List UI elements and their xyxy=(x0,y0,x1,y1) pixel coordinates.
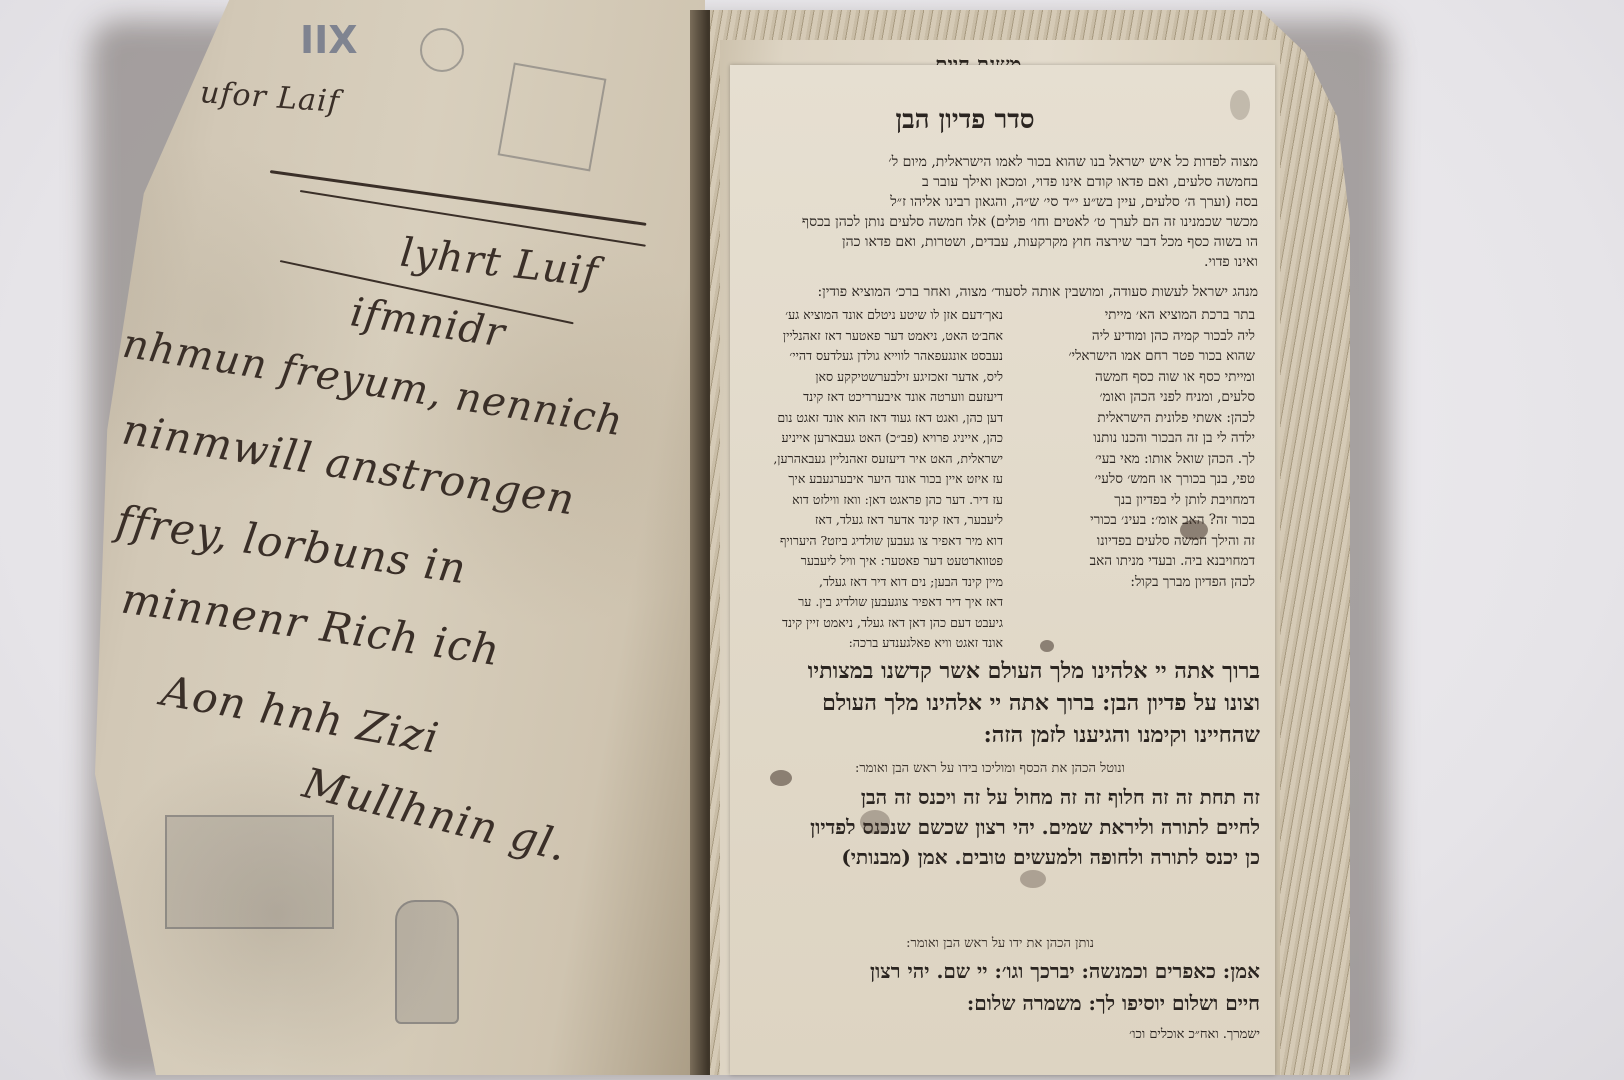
text-line: ישראלית, האט איר דיעזעס זאהנליין געבאהרע… xyxy=(728,449,1003,470)
text-line: בתר ברכת המוציא הא׳ מייתי xyxy=(1010,305,1255,326)
text-line: חיים ושלום יוסיפו לך: משמרה שלום: xyxy=(725,987,1260,1019)
custom-line: מנהג ישראל לעשות סעודה, ומושבין אותה לסע… xyxy=(728,282,1258,302)
text-line: זה תחת זה זה חלוף זה זה מחול על זה ויכנס… xyxy=(725,782,1260,812)
text-line: ילדה לי בן זה הבכור והכנו נותנו xyxy=(1010,428,1255,449)
text-line: ומייתי כסף או שוה כסף חמשה xyxy=(1010,367,1255,388)
pencil-sketch-circle xyxy=(420,28,464,72)
text-line: בכור זה? האב אומ׳: בעינ׳ בכורי xyxy=(1010,510,1255,531)
text-line: לכהן: אשתי פלונית הישראלית xyxy=(1010,408,1255,429)
text-line: גיעבט דעם כהן דאן דאז געלד, ניאמט זיין ק… xyxy=(728,613,1003,634)
ink-stain xyxy=(1020,870,1046,888)
text-line: סלעים, ומניח לפני הכהן ואומ׳ xyxy=(1010,387,1255,408)
blessing-exchange: זה תחת זה זה חלוף זה זה מחול על זה ויכנס… xyxy=(725,782,1260,872)
text-line: ישמרך. ואח״כ אוכלים וכו׳ xyxy=(725,1019,1260,1051)
text-line: שהוא בכור פטר רחם אמו הישראלי׳ xyxy=(1010,346,1255,367)
text-line: זה והילך חמשה סלעים בפדיונו xyxy=(1010,531,1255,552)
text-line: נאך׳דעם אזן לו שיטע ניטלם אונד המוציא גע… xyxy=(728,305,1003,326)
text-line: דיעזעם ווערטה אונד איבערריכט דאז קינד xyxy=(728,387,1003,408)
text-line: פטווארטעט דער פאטער: איך וויל ליעבער xyxy=(728,551,1003,572)
text-line: עז דיר. דער כהן פראגט דאן: וואז ווילזט ד… xyxy=(728,490,1003,511)
text-line: אונד זאגט וויא פאלגענדע ברכה: xyxy=(728,633,1003,654)
column-hebrew: בתר ברכת המוציא הא׳ מייתי ליה לבכור קמיה… xyxy=(1010,305,1255,592)
text-line: דמחויבנא ביה. ובעדי מניתו האב xyxy=(1010,551,1255,572)
blessing-pidyon: ברוך אתה יי אלהינו מלך העולם אשר קדשנו ב… xyxy=(725,655,1260,751)
text-line: דוא מיר דאפיר צו געבען שולדיג ביזט? היער… xyxy=(728,531,1003,552)
column-yiddish: נאך׳דעם אזן לו שיטע ניטלם אונד המוציא גע… xyxy=(728,305,1003,654)
text-line: ליה לבכור קמיה כהן ומודיע ליה xyxy=(1010,326,1255,347)
text-line: טפי, בנך בכורך או חמש׳ סלעי׳ xyxy=(1010,469,1255,490)
text-line: דמחויבת לותן לי בפדיון בנך xyxy=(1010,490,1255,511)
text-line: נעבסט אונגעפאהר לווייא גולדן געלדעס דהיי… xyxy=(728,346,1003,367)
text-line: דען כהן, ואגט דאז געוד דאז הוא אונד זאגט… xyxy=(728,408,1003,429)
text-line: כן יכנס לתורה ולחופה ולמעשים טובים. אמן … xyxy=(725,842,1260,872)
text-line: בחמשה סלעים, ואם פדאו קודם אינו פדוי, ומ… xyxy=(728,172,1258,192)
pencil-mark-top: IIX xyxy=(300,18,358,62)
ink-stain xyxy=(1040,640,1054,652)
text-line: מכשר שכמנינו זה הם לערך ט׳ לאטים וחו׳ פו… xyxy=(728,212,1258,232)
text-line: לחיים לתורה וליראת שמים. יהי רצון שכשם ש… xyxy=(725,812,1260,842)
text-line: לך. הכהן שואל אותו: מאי בעי׳ xyxy=(1010,449,1255,470)
text-line: עז איזט איין בכור אונד היער איבערגעבע אי… xyxy=(728,469,1003,490)
text-line: שהחיינו וקימנו והגיענו לזמן הזה: xyxy=(725,719,1260,751)
ink-stain xyxy=(860,810,890,834)
text-line: כהן, אייניג פרויא (פב״כ) האט געבארען איי… xyxy=(728,428,1003,449)
pencil-sketch-bottle xyxy=(395,900,459,1024)
blessing-priestly: אמן: כאפרים וכמנשה: יברכך וגו׳: יי שם. י… xyxy=(725,955,1260,1051)
ink-stain xyxy=(1180,520,1208,540)
text-line: ברוך אתה יי אלהינו מלך העולם אשר קדשנו ב… xyxy=(725,655,1260,687)
text-line: מיין קינד הבען; נים דוא דיר דאז געלד, xyxy=(728,572,1003,593)
text-line: ליס, אדער זאכזיגע זילבערשטיקקע סאן xyxy=(728,367,1003,388)
text-line: אמן: כאפרים וכמנשה: יברכך וגו׳: יי שם. י… xyxy=(725,955,1260,987)
ink-stain xyxy=(770,770,792,786)
text-line: דאז איך דיר דאפיר צוגעבען שולדיג בין. ער xyxy=(728,592,1003,613)
text-line: מצוה לפדות כל איש ישראל בנו שהוא בכור לא… xyxy=(728,152,1258,172)
pencil-sketch-figure xyxy=(498,63,607,172)
text-line: ליעבער, דאז קינד אדער דאז געלד, דאז xyxy=(728,510,1003,531)
text-line: בסה (וערך ה׳ סלעים, עיין בש״ע י״ד סי׳ ש״… xyxy=(728,192,1258,212)
page-title: סדר פדיון הבן xyxy=(860,105,1070,135)
instruction-note: ונוטל הכהן את הכסף ומוליכו בידו על ראש ה… xyxy=(740,760,1240,776)
text-line: וצונו על פדיון הבן: ברוך אתה יי אלהינו מ… xyxy=(725,687,1260,719)
text-line: לכהן הפדיון מברך בקול: xyxy=(1010,572,1255,593)
instruction-note: נותן הכהן את ידו על ראש הבן ואומר: xyxy=(800,935,1200,951)
pencil-sketch-box xyxy=(165,815,334,929)
text-line: ואינו פדוי. xyxy=(728,252,1258,272)
ink-stain xyxy=(1230,90,1250,120)
text-line: אחב׳ט האט, ניאמט דער פאטער דאז זאהנליין xyxy=(728,326,1003,347)
intro-paragraph: מצוה לפדות כל איש ישראל בנו שהוא בכור לא… xyxy=(728,152,1258,272)
text-line: הו בשוה כסף מכל דבר שירצה חוץ מקרקעות, ע… xyxy=(728,232,1258,252)
